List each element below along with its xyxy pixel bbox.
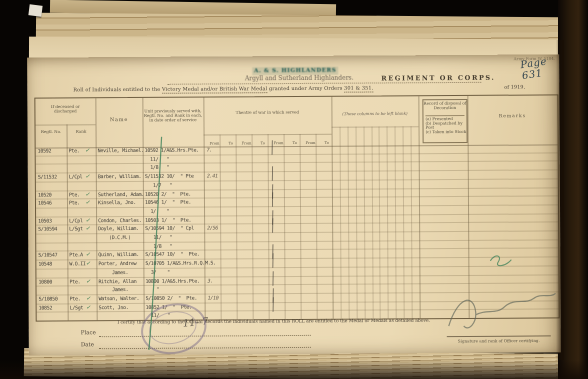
table-gridlines [35,95,557,98]
cell-name: Quinn, William. [98,252,139,258]
signature-caption: Signature and rank of Officer certifying… [445,338,553,348]
medal-roll-page: Army Form W. 5104. Page 631 A. & S. HIGH… [27,54,561,355]
cell-pencil: 1/10 [208,295,219,301]
cell-pencil: 2/56 [207,226,218,232]
cell-rank: L/Cpl [69,174,83,180]
green-tick: ✓ [86,216,91,224]
cell-unit: S/11532 10/ " Pte [145,174,194,180]
table-body: 10592Pte.Neville, Michael.10592 1/A&S.Hr… [36,144,559,320]
cell-unit: 1/7 " [145,183,172,189]
cell-no: 10520 [38,192,52,198]
cell-rank: L/Sgt [70,305,84,311]
cell-unit: 11/ " [145,156,169,162]
rank-header: Rank [67,129,96,138]
page-marker-chip [28,4,42,17]
cell-name: Ritchie, Allan [98,279,136,285]
cell-name: Sutherland, Adam. [98,191,144,197]
cell-name: Barber, William. [98,174,141,180]
cell-unit: 11/ " [145,235,172,241]
cell-rank: Pte. [69,192,80,198]
signature-rule [447,335,551,337]
unit-header: Unit previously served with,Regtl. No. a… [143,109,202,136]
roll-title-medals: Victory Medal and/or British War Medal [162,86,267,94]
remarks-header: Remarks [467,113,557,124]
place-label: Place [81,330,96,336]
cell-name: Kinsella, Jno. [98,200,136,206]
cell-no: 10546 [38,201,52,207]
green-tick: ✓ [86,259,91,267]
cell-unit: " [145,287,159,293]
left-group-note: If deceased ordischarged [36,104,94,122]
cell-name: Watson, Walter. [99,296,140,302]
cell-name: Porter, Andrew [98,261,136,267]
cell-unit: 10592 1/A&S.Hrs.Pte. [145,148,199,154]
green-tick: ✓ [85,190,90,198]
date-rule [99,347,311,349]
green-tick: ✓ [86,250,91,258]
cell-no: S/10547 [38,253,57,259]
cell-no: 10852 [39,305,53,311]
office-use-note: (These columns to be left blank) [332,111,417,121]
cell-name: Condon, Charles. [98,218,141,224]
row-line [332,126,419,128]
green-tick: ✓ [85,198,90,206]
cell-no: S/11532 [38,175,57,181]
regiment-stamp: Argyll and Sutherland Highlanders. [221,74,377,82]
cell-name: James. [98,270,128,276]
cell-no: 10800 [38,279,52,285]
roll-title-orders: 301 & 351. [344,86,373,93]
page-edge-shadow [556,40,564,360]
green-tick: ✓ [86,294,91,302]
cell-name: (D.C.M.) [98,235,131,241]
cell-no: 10592 [38,148,52,154]
roll-title-part: Roll of Individuals entitled to the [73,87,162,94]
place-rule [99,335,311,337]
medal-roll-table: If deceased ordischarged Regtl. No. Rank… [34,94,559,321]
cell-unit: S/10850 2/ " Pte. [146,296,198,302]
handwritten-page-number: Page 631 [520,55,561,82]
cell-unit: 1/8 " [145,243,172,249]
cell-unit: 1/8 " [145,165,169,171]
cell-pencil: 3. [207,278,212,284]
cell-rank: L/Cpl [69,218,83,224]
cell-unit: S/10547 10/ " Pte. [145,252,199,258]
cell-pencil: 2.41 [207,174,218,180]
cell-unit: 10800 1/A&S.Hrs.Pte. [145,278,199,284]
cell-rank: Pte. [69,279,80,285]
cell-pencil: 7. [207,147,212,153]
cell-no: 10503 [38,218,52,224]
cell-no: S/10594 [38,227,57,233]
cell-unit: 10520 2/ " Pte. [145,191,191,197]
cell-unit: 10503 1/ " Pte. [145,217,191,223]
roll-title: Roll of Individuals entitled to the Vict… [73,85,509,94]
row-line [36,124,96,125]
theatre-of-war-header: Theatre of war in which served [203,110,331,120]
book-photo: Army Form W. 5104. Page 631 A. & S. HIGH… [0,0,588,379]
cell-name: Scott, Jno. [99,305,129,311]
green-tick: ✓ [86,224,91,232]
green-tick: ✓ [85,146,90,154]
cell-rank: Pte. [70,296,81,302]
regtl-no-header: Regtl. No. [36,129,67,138]
date-label: Date [81,342,94,348]
green-tick: ✓ [85,172,90,180]
roll-year: of 1919. [504,85,525,91]
cell-rank: L/Sgt [69,227,83,233]
cell-rank: Pte.A [69,253,83,259]
cell-name: Doyle, William. [98,226,139,232]
cell-unit: S/10705 1/A&S.Hrs.R.Q.M.S. [145,261,216,267]
cell-no: 10548 [38,262,52,268]
cell-no: S/10850 [39,296,58,302]
cell-unit: 1/ " [145,209,169,215]
green-tick: ✓ [86,277,91,285]
cell-unit: 10546 1/ " Pte. [145,200,191,206]
name-header: Name [95,117,142,123]
cell-unit: S/10594 10/ " Cpl [145,226,194,232]
roll-title-part: granted under Army Orders [267,86,344,92]
cell-rank: Pte. [69,148,80,154]
cell-name: Neville, Michael. [98,148,144,154]
cell-unit: 3/ " [145,270,169,276]
cell-name: James. [98,287,128,293]
photo-vignette [0,360,588,379]
cell-rank: Pte. [69,201,80,207]
disposal-header-box: Record of disposal ofDecoration (a) Pres… [422,99,467,143]
green-tick: ✓ [86,303,91,311]
cell-rank: W.O.II [69,261,85,267]
